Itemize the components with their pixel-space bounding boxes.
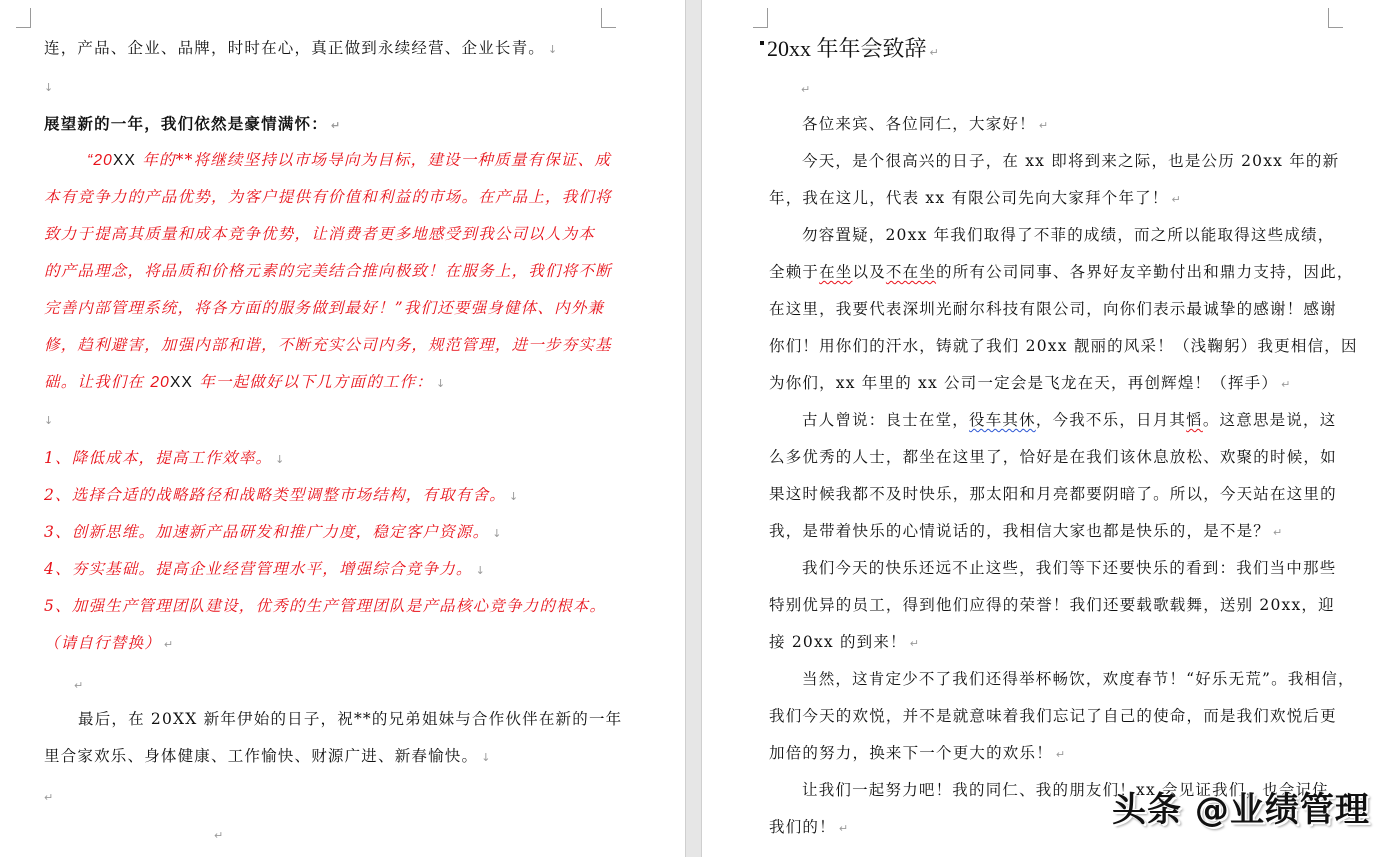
line-break-mark: ↓ — [275, 453, 284, 466]
paragraph-mark: ↵ — [74, 679, 83, 692]
line-break-mark: ↓ — [44, 414, 53, 427]
empty-line: ↵ — [214, 824, 223, 846]
list-item-1: 1、降低成本，提高工作效率。↓ — [44, 448, 284, 470]
paragraph-mark: ↵ — [44, 791, 53, 804]
page-corner-mark-top-left — [753, 8, 768, 28]
paragraph-mark: ↵ — [331, 119, 340, 132]
paragraph-mark: ↵ — [839, 822, 848, 835]
text-line: 加倍的努力，换来下一个更大的欢乐！↵ — [769, 743, 1065, 765]
text-line: 我，是带着快乐的心情说话的，我相信大家也都是快乐的，是不是？↵ — [769, 521, 1282, 543]
text-line: 里合家欢乐、身体健康、工作愉快、财源广进、新春愉快。↓ — [44, 746, 490, 768]
text-line: 为你们，xx 年里的 xx 公司一定会是飞龙在天，再创辉煌！（挥手）↵ — [769, 373, 1290, 395]
page-corner-mark-top-right — [1328, 8, 1343, 28]
red-text-line: 完善内部管理系统，将各方面的服务做到最好！”我们还要强身健体、内外兼 — [44, 298, 604, 318]
text-line: 当然，这肯定少不了我们还得举杯畅饮，欢度春节！“好乐无荒”。我相信， — [802, 669, 1355, 689]
page-gutter — [685, 0, 702, 857]
replace-note: （请自行替换）↵ — [44, 633, 173, 655]
text-line: 年，我在这儿，代表 xx 有限公司先向大家拜个年了！↵ — [769, 188, 1181, 210]
text-line: 我们的！↵ — [769, 817, 848, 839]
red-text-line: 本有竞争力的产品优势，为客户提供有价值和利益的市场。在产品上，我们将 — [44, 187, 612, 207]
line-break-mark: ↓ — [548, 43, 557, 56]
text-line: 全赖于在坐以及不在坐的所有公司同事、各界好友辛勤付出和鼎力支持，因此， — [769, 262, 1354, 282]
document-page-right[interactable]: 20xx 年年会致辞↵ ↵ 各位来宾、各位同仁，大家好！↵ 今天，是个很高兴的日… — [702, 0, 1393, 857]
list-item-2: 2、选择合适的战略路径和战略类型调整市场结构，有取有舍。↓ — [44, 485, 518, 507]
page-corner-mark-top-left — [16, 8, 31, 28]
greeting-line: 各位来宾、各位同仁，大家好！↵ — [802, 114, 1048, 136]
watermark: 头条 @业绩管理 — [1112, 790, 1370, 830]
red-text-line: 的产品理念，将品质和价格元素的完美结合推向极致！在服务上，我们将不断 — [44, 261, 612, 281]
red-text-line: 础。让我们在 20XX 年一起做好以下几方面的工作：↓ — [44, 372, 445, 394]
red-text-line: 致力于提高其质量和成本竞争优势，让消费者更多地感受到我公司以人为本 — [44, 224, 595, 244]
paragraph-mark: ↵ — [164, 638, 173, 651]
text-line: 古人曾说：良士在堂，役车其休，今我不乐，日月其慆。这意思是说，这 — [802, 410, 1336, 430]
paragraph-mark: ↵ — [1281, 378, 1290, 391]
empty-line: ↵ — [44, 786, 53, 808]
text-line: 果这时候我都不及时快乐，那太阳和月亮都要阴暗了。所以，今天站在这里的 — [769, 484, 1337, 504]
text-line: 我们今天的快乐还远不止这些，我们等下还要快乐的看到：我们当中那些 — [802, 558, 1336, 578]
line-break-mark: ↓ — [436, 377, 445, 390]
text-line: 最后，在 20XX 新年伊始的日子，祝**的兄弟姐妹与合作伙伴在新的一年 — [78, 709, 622, 729]
paragraph-mark: ↵ — [930, 46, 939, 59]
text-line: 接 20xx 的到来！↵ — [769, 632, 919, 654]
page-corner-mark-top-right — [601, 8, 616, 28]
spellcheck-underline[interactable]: 慆 — [1186, 411, 1203, 429]
list-item-3: 3、创新思维。加速新产品研发和推广力度，稳定客户资源。↓ — [44, 522, 501, 544]
paragraph-mark: ↵ — [801, 83, 810, 96]
text-line: 连，产品、企业、品牌，时时在心，真正做到永续经营、企业长青。↓ — [44, 38, 557, 60]
text-line: 今天，是个很高兴的日子，在 xx 即将到来之际，也是公历 20xx 年的新 — [802, 151, 1339, 171]
text-line: 我们今天的欢悦，并不是就意味着我们忘记了自己的使命，而是我们欢悦后更 — [769, 706, 1337, 726]
paragraph-mark: ↵ — [1172, 193, 1181, 206]
red-text-line: 修，趋利避害，加强内部和谐，不断充实公司内务，规范管理，进一步夯实基 — [44, 335, 612, 355]
text-line: 特别优异的员工，得到他们应得的荣誉！我们还要载歌载舞，送别 20xx，迎 — [769, 595, 1335, 615]
line-break-mark: ↓ — [492, 527, 501, 540]
paragraph-mark: ↵ — [1056, 748, 1065, 761]
text-line: 么多优秀的人士，都坐在这里了，恰好是在我们该休息放松、欢聚的时候，如 — [769, 447, 1337, 467]
list-item-5: 5、加强生产管理团队建设，优秀的生产管理团队是产品核心竞争力的根本。 — [44, 596, 606, 616]
spellcheck-underline[interactable]: 不在坐 — [886, 263, 936, 281]
text-line: 你们！用你们的汗水，铸就了我们 20xx 靓丽的风采！（浅鞠躬）我更相信，因 — [769, 336, 1358, 356]
empty-line: ↓ — [44, 409, 53, 431]
paragraph-mark: ↵ — [1273, 526, 1282, 539]
empty-line: ↵ — [801, 78, 810, 100]
line-break-mark: ↓ — [476, 564, 485, 577]
grammar-underline[interactable]: 役车其休 — [969, 411, 1036, 429]
line-break-mark: ↓ — [44, 81, 53, 94]
red-text-line: “20XX 年的**将继续坚持以市场导向为目标，建设一种质量有保证、成 — [87, 150, 611, 171]
section-heading: 展望新的一年，我们依然是豪情满怀：↵ — [44, 114, 340, 136]
list-item-4: 4、夯实基础。提高企业经营管理水平，增强综合竞争力。↓ — [44, 559, 485, 581]
empty-line: ↵ — [74, 674, 83, 696]
line-break-mark: ↓ — [509, 490, 518, 503]
text-line: 勿容置疑，20xx 年我们取得了不菲的成绩，而之所以能取得这些成绩， — [802, 225, 1334, 245]
line-break-mark: ↓ — [481, 751, 490, 764]
paragraph-mark: ↵ — [910, 637, 919, 650]
document-title: 20xx 年年会致辞↵ — [760, 35, 939, 67]
empty-line: ↓ — [44, 76, 53, 98]
document-page-left[interactable]: 连，产品、企业、品牌，时时在心，真正做到永续经营、企业长青。↓ ↓ 展望新的一年… — [0, 0, 685, 857]
paragraph-mark: ↵ — [1039, 119, 1048, 132]
bullet-icon — [760, 41, 764, 45]
text-line: 在这里，我要代表深圳光耐尔科技有限公司，向你们表示最诚挚的感谢！感谢 — [769, 299, 1337, 319]
paragraph-mark: ↵ — [214, 829, 223, 842]
spellcheck-underline[interactable]: 在坐 — [819, 263, 852, 281]
